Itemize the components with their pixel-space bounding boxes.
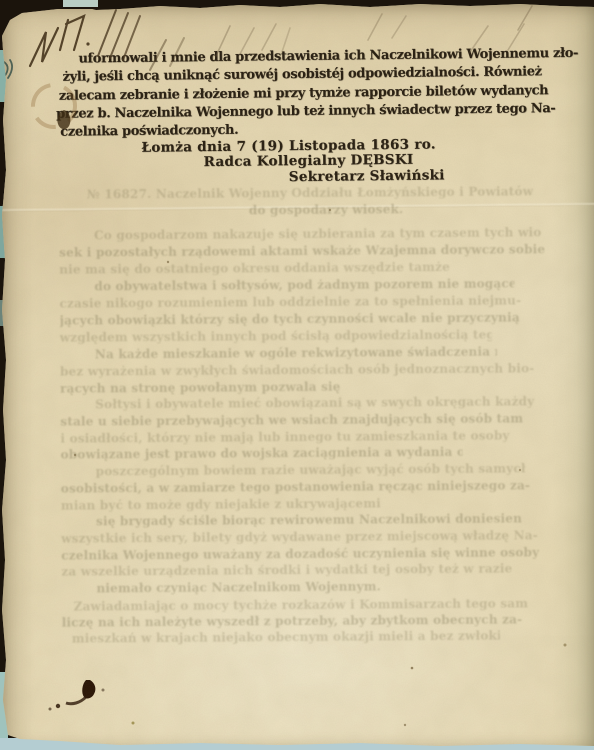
body-line-4: przez b. Naczelnika Wojennego lub też in… (56, 101, 556, 122)
body-line-3: zalecam zebranie i złożenie mi przy tymż… (59, 83, 549, 104)
document-page: № 16827. Naczelnik Wojenny Oddziału Łomż… (0, 0, 594, 750)
secretary-line: Sekretarz Sławiński (289, 167, 445, 185)
body-line-5: czelnika poświadczonych. (60, 123, 238, 140)
body-line-2: żyli, jeśli chcą uniknąć surowéj osobist… (63, 64, 542, 84)
scanned-document: № 16827. Naczelnik Wojenny Oddziału Łomż… (0, 0, 594, 750)
printed-text-block: uformowali i mnie dla przedstawienia ich… (0, 0, 594, 750)
backing-teal-notch (63, 0, 98, 7)
body-line-1: uformowali i mnie dla przedstawienia ich… (78, 46, 578, 67)
